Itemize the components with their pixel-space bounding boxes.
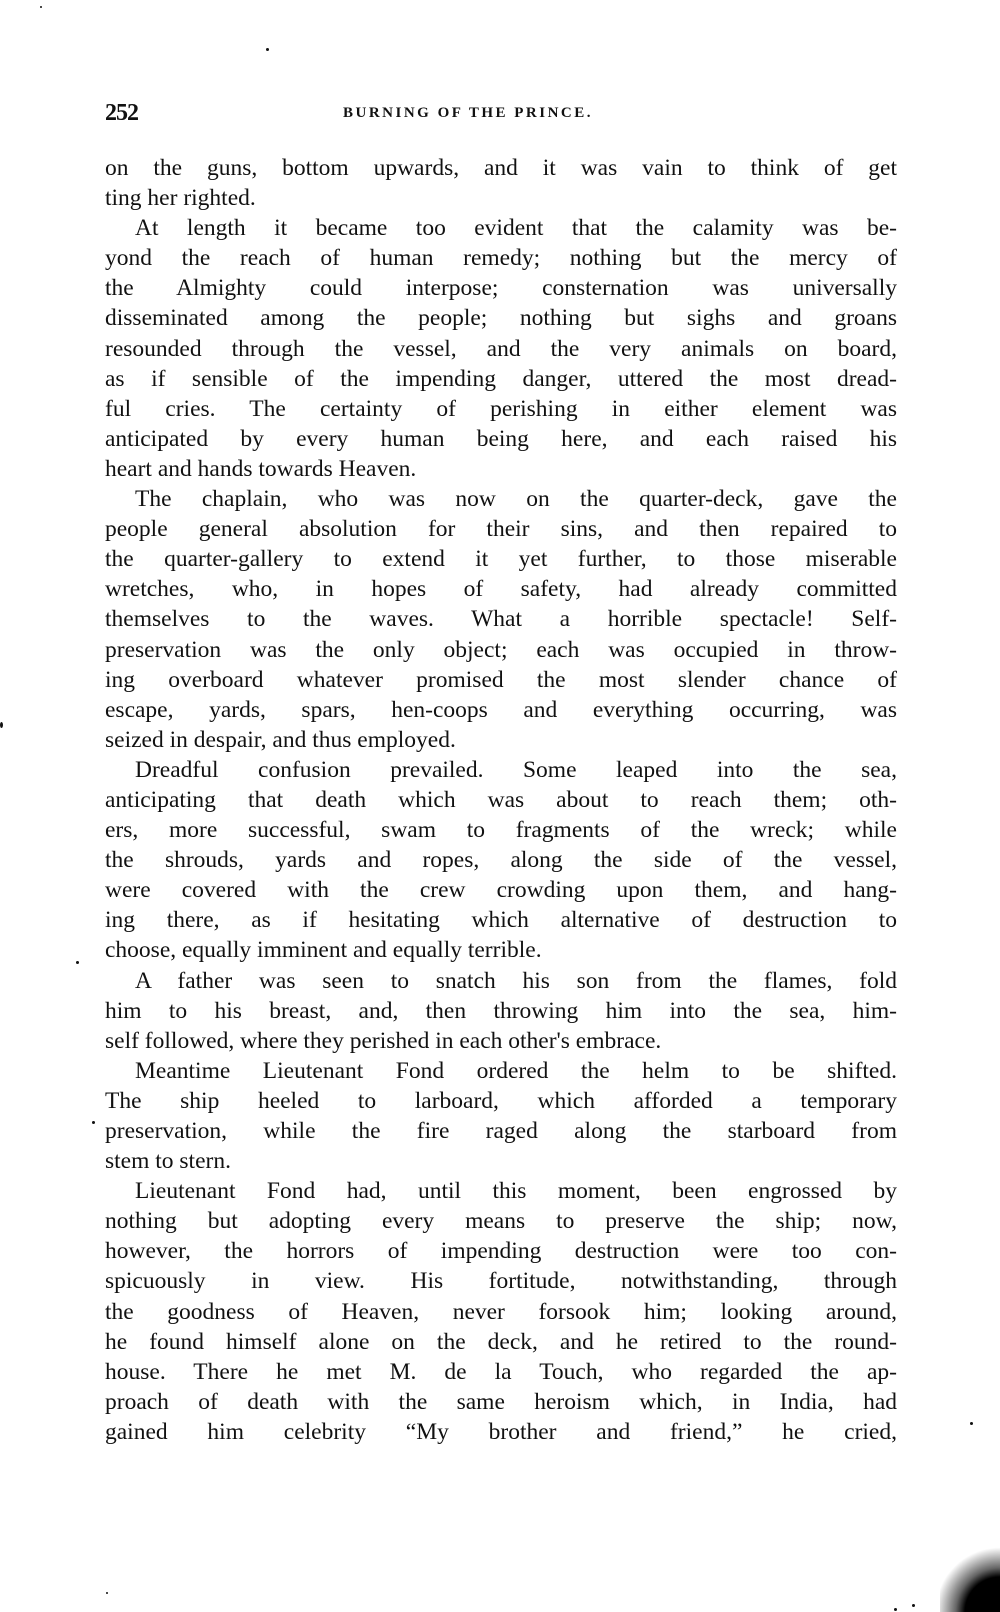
text-line: themselves to the waves. What a horrible…	[105, 604, 897, 634]
text-line: escape, yards, spars, hen-coops and ever…	[105, 695, 897, 725]
text-line: A father was seen to snatch his son from…	[105, 966, 897, 996]
scan-speck	[912, 1604, 915, 1607]
text-line: the shrouds, yards and ropes, along the …	[105, 845, 897, 875]
text-line: gained him celebrity “My brother and fri…	[105, 1417, 897, 1447]
paragraph: At length it became too evident that the…	[105, 213, 897, 484]
scan-speck	[106, 1592, 108, 1594]
text-line: heart and hands towards Heaven.	[105, 454, 897, 484]
text-line: Meantime Lieutenant Fond ordered the hel…	[105, 1056, 897, 1086]
paragraph: A father was seen to snatch his son from…	[105, 966, 897, 1056]
paragraph: Dreadful confusion prevailed. Some leape…	[105, 755, 897, 966]
paragraph: The chaplain, who was now on the quarter…	[105, 484, 897, 755]
text-line: him to his breast, and, then throwing hi…	[105, 996, 897, 1026]
scan-speck	[266, 48, 269, 51]
scan-speck	[970, 1422, 973, 1425]
text-line: he found himself alone on the deck, and …	[105, 1327, 897, 1357]
text-line: Dreadful confusion prevailed. Some leape…	[105, 755, 897, 785]
scan-corner-smudge	[940, 1542, 1000, 1612]
text-line: as if sensible of the impending danger, …	[105, 364, 897, 394]
scan-speck	[76, 961, 79, 964]
scan-speck	[894, 1608, 897, 1611]
text-line: anticipating that death which was about …	[105, 785, 897, 815]
text-line: ing overboard whatever promised the most…	[105, 665, 897, 695]
scan-speck	[92, 1121, 95, 1124]
book-page: 252 BURNING OF THE PRINCE. on the guns, …	[0, 0, 1000, 1612]
text-line: yond the reach of human remedy; nothing …	[105, 243, 897, 273]
text-line: self followed, where they perished in ea…	[105, 1026, 897, 1056]
paragraph: Lieutenant Fond had, until this moment, …	[105, 1176, 897, 1447]
text-line: The chaplain, who was now on the quarter…	[105, 484, 897, 514]
text-line: disseminated among the people; nothing b…	[105, 303, 897, 333]
text-line: ers, more successful, swam to fragments …	[105, 815, 897, 845]
body-text: on the guns, bottom upwards, and it was …	[105, 153, 897, 1447]
paragraph: on the guns, bottom upwards, and it was …	[105, 153, 897, 213]
scan-speck	[0, 722, 3, 728]
text-line: anticipated by every human being here, a…	[105, 424, 897, 454]
text-line: the quarter-gallery to extend it yet fur…	[105, 544, 897, 574]
text-line: ing there, as if hesitating which altern…	[105, 905, 897, 935]
text-line: preservation, while the fire raged along…	[105, 1116, 897, 1146]
text-line: however, the horrors of impending destru…	[105, 1236, 897, 1266]
text-line: choose, equally imminent and equally ter…	[105, 935, 897, 965]
page-number: 252	[105, 100, 138, 127]
text-line: wretches, who, in hopes of safety, had a…	[105, 574, 897, 604]
text-line: resounded through the vessel, and the ve…	[105, 334, 897, 364]
running-head: 252 BURNING OF THE PRINCE.	[105, 100, 897, 128]
text-line: Lieutenant Fond had, until this moment, …	[105, 1176, 897, 1206]
text-line: on the guns, bottom upwards, and it was …	[105, 153, 897, 183]
text-line: The ship heeled to larboard, which affor…	[105, 1086, 897, 1116]
text-line: ful cries. The certainty of perishing in…	[105, 394, 897, 424]
text-line: stem to stern.	[105, 1146, 897, 1176]
text-line: the goodness of Heaven, never forsook hi…	[105, 1297, 897, 1327]
paragraph: Meantime Lieutenant Fond ordered the hel…	[105, 1056, 897, 1176]
text-line: people general absolution for their sins…	[105, 514, 897, 544]
text-line: preservation was the only object; each w…	[105, 635, 897, 665]
text-line: the Almighty could interpose; consternat…	[105, 273, 897, 303]
text-line: nothing but adopting every means to pres…	[105, 1206, 897, 1236]
text-line: proach of death with the same heroism wh…	[105, 1387, 897, 1417]
text-line: were covered with the crew crowding upon…	[105, 875, 897, 905]
text-line: house. There he met M. de la Touch, who …	[105, 1357, 897, 1387]
text-line: spicuously in view. His fortitude, notwi…	[105, 1266, 897, 1296]
text-line: seized in despair, and thus employed.	[105, 725, 897, 755]
text-line: At length it became too evident that the…	[105, 213, 897, 243]
running-title: BURNING OF THE PRINCE.	[343, 105, 593, 122]
text-line: ting her righted.	[105, 183, 897, 213]
scan-speck	[40, 6, 42, 8]
